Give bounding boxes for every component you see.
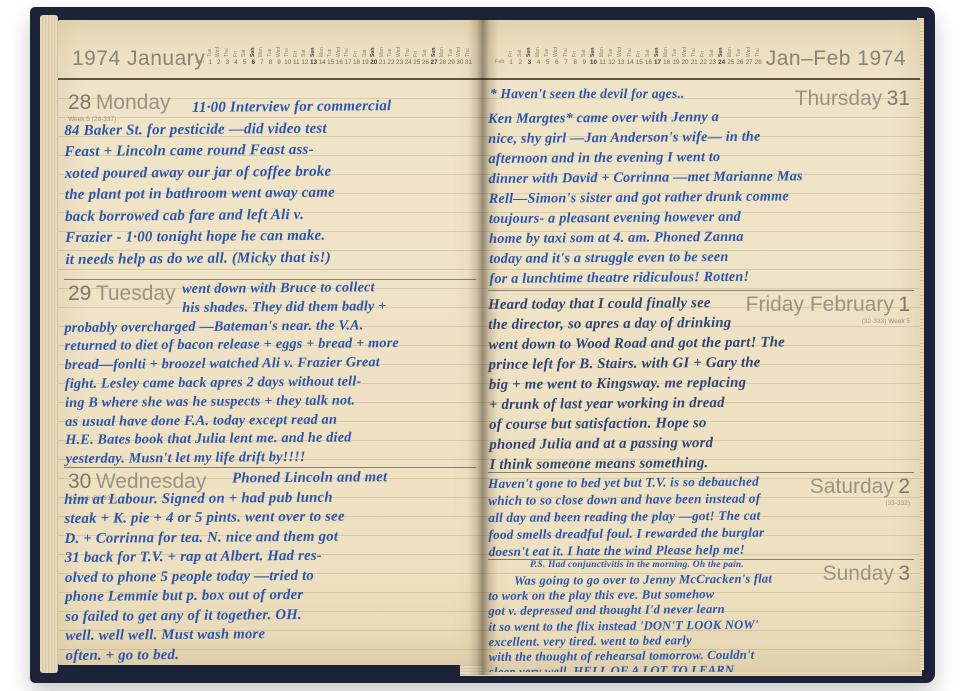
- calendar-day-number: 2: [518, 59, 522, 66]
- calendar-day-number: 19: [362, 59, 369, 66]
- calendar-day-number: 8: [573, 59, 577, 66]
- calendar-day-number: 22: [387, 59, 394, 66]
- calendar-day-number: 5: [243, 59, 247, 66]
- calendar-weekday-label: Wed: [747, 42, 752, 57]
- handwriting-block: Ken Margtes* came over with Jenny anice,…: [488, 105, 916, 289]
- calendar-day-number: 19: [672, 59, 679, 66]
- calendar-weekday-label: Mon: [536, 42, 541, 57]
- calendar-weekday-label: Tue: [268, 42, 273, 57]
- handwriting-line: often. + go to bed.: [66, 643, 478, 665]
- calendar-day-number: 14: [319, 59, 326, 66]
- calendar-day-number: 20: [681, 59, 688, 66]
- calendar-weekday-label: Sun: [251, 42, 256, 57]
- diary-entry-monday-28: 28 MondayWeek 5 (28-337)11·00 Interview …: [64, 89, 476, 279]
- calendar-day: Wed30: [456, 42, 465, 66]
- calendar-day-number: 12: [608, 59, 615, 66]
- calendar-weekday-label: Tue: [545, 42, 550, 57]
- calendar-weekday-label: Wed: [683, 42, 688, 57]
- calendar-weekday-label: Thu: [345, 42, 350, 57]
- calendar-day: Fri4: [232, 42, 241, 66]
- calendar-weekday-label: Thu: [406, 42, 411, 57]
- calendar-day-number: 28: [755, 59, 762, 66]
- calendar-day-number: 15: [327, 59, 334, 66]
- calendar-day: Fri25: [413, 42, 422, 66]
- calendar-weekday-label: Tue: [673, 42, 678, 57]
- calendar-weekday-label: Fri: [509, 42, 514, 57]
- calendar-weekday-label: Sun: [311, 42, 316, 57]
- calendar-weekday-label: Mon: [380, 42, 385, 57]
- calendar-day: Wed20: [680, 42, 689, 66]
- calendar-day-number: 21: [691, 59, 698, 66]
- calendar-weekday-label: Tue: [609, 42, 614, 57]
- calendar-month-label: Feb: [495, 59, 506, 66]
- calendar-day-number: 28: [439, 59, 446, 66]
- right-page: Jan–Feb 1974 FebFri1Sat2Sun3Mon4Tue5Wed6…: [482, 20, 920, 672]
- calendar-weekday-label: Mon: [259, 42, 264, 57]
- calendar-weekday-label: Tue: [388, 42, 393, 57]
- handwriting-note: * Haven't seen the devil for ages..: [490, 86, 684, 102]
- calendar-day: Fri15: [635, 42, 644, 66]
- handwriting-block: Heard today that I could finally seethe …: [488, 291, 916, 475]
- calendar-day: Thu10: [283, 42, 292, 66]
- calendar-day: Thu28: [754, 42, 763, 66]
- calendar-day-number: 3: [226, 59, 230, 66]
- calendar-day-number: 7: [260, 59, 264, 66]
- left-month-title: 1974 January: [72, 47, 205, 71]
- calendar-day: Thu31: [464, 42, 473, 66]
- calendar-day-number: 23: [396, 59, 403, 66]
- calendar-day: Mon28: [438, 42, 447, 66]
- calendar-day-number: 26: [422, 59, 429, 66]
- calendar-weekday-label: Mon: [600, 42, 605, 57]
- calendar-day-number: 2: [217, 59, 221, 66]
- calendar-day: Thu24: [404, 42, 413, 66]
- calendar-day-number: 21: [379, 59, 386, 66]
- calendar-day-number: 9: [277, 59, 281, 66]
- calendar-day-number: 24: [718, 59, 725, 66]
- calendar-day-number: 6: [555, 59, 559, 66]
- calendar-weekday-label: Fri: [637, 42, 642, 57]
- calendar-day-number: 27: [430, 59, 437, 66]
- calendar-day-number: 24: [405, 59, 412, 66]
- calendar-day-number: 4: [234, 59, 238, 66]
- calendar-day-number: 31: [465, 59, 472, 66]
- calendar-day: Mon21: [378, 42, 387, 66]
- diary-entry-tuesday-29: 29 Tuesdaywent down with Bruce to collec…: [64, 279, 476, 468]
- calendar-day: Wed16: [335, 42, 344, 66]
- calendar-day: Mon14: [318, 42, 327, 66]
- calendar-weekday-label: Mon: [320, 42, 325, 57]
- calendar-day: Tue26: [735, 42, 744, 66]
- calendar-day: Sat19: [361, 42, 370, 66]
- calendar-weekday-label: Thu: [756, 42, 761, 57]
- calendar-day: Mon7: [258, 42, 267, 66]
- calendar-day-number: 10: [284, 59, 291, 66]
- calendar-weekday-label: Sat: [582, 42, 587, 57]
- calendar-weekday-label: Sun: [655, 42, 660, 57]
- calendar-day-number: 10: [590, 59, 597, 66]
- calendar-day: Sat2: [516, 42, 525, 66]
- calendar-weekday-label: Fri: [294, 42, 299, 57]
- calendar-weekday-label: Thu: [466, 42, 471, 57]
- calendar-day-number: 30: [456, 59, 463, 66]
- calendar-day: Sat12: [301, 42, 310, 66]
- calendar-weekday-label: Thu: [564, 42, 569, 57]
- calendar-day: Mon25: [726, 42, 735, 66]
- calendar-weekday-label: Mon: [664, 42, 669, 57]
- right-page-header: Jan–Feb 1974 FebFri1Sat2Sun3Mon4Tue5Wed6…: [482, 20, 920, 78]
- calendar-day: Tue15: [326, 42, 335, 66]
- calendar-day: Fri11: [292, 42, 301, 66]
- calendar-day: Sun17: [653, 42, 662, 66]
- calendar-day: Thu21: [690, 42, 699, 66]
- calendar-day: Sun20: [369, 42, 378, 66]
- calendar-day: Tue29: [447, 42, 456, 66]
- calendar-weekday-label: Fri: [234, 42, 239, 57]
- calendar-day-number: 9: [583, 59, 587, 66]
- handwriting-line: yesterday. Musn't let my life drift by!!…: [65, 447, 477, 469]
- handwriting-block: Phoned Lincoln and methim at Labour. Sig…: [64, 467, 478, 665]
- calendar-day: Mon18: [662, 42, 671, 66]
- calendar-weekday-label: Tue: [208, 42, 213, 57]
- january-calendar-strip: JanTue1Wed2Thu3Fri4Sat5Sun6Mon7Tue8Wed9T…: [195, 42, 473, 66]
- calendar-day-number: 3: [528, 59, 532, 66]
- calendar-weekday-label: Sun: [591, 42, 596, 57]
- calendar-day-number: 26: [736, 59, 743, 66]
- calendar-weekday-label: Wed: [216, 42, 221, 57]
- february-calendar-strip: FebFri1Sat2Sun3Mon4Tue5Wed6Thu7Fri8Sat9S…: [495, 42, 763, 66]
- calendar-day: Mon11: [598, 42, 607, 66]
- diary-photo: 1974 January JanTue1Wed2Thu3Fri4Sat5Sun6…: [0, 0, 960, 691]
- calendar-weekday-label: Sat: [423, 42, 428, 57]
- calendar-weekday-label: Fri: [701, 42, 706, 57]
- diary-book: 1974 January JanTue1Wed2Thu3Fri4Sat5Sun6…: [30, 7, 935, 683]
- calendar-weekday-label: Sun: [527, 42, 532, 57]
- calendar-weekday-label: Sun: [719, 42, 724, 57]
- calendar-day-number: 25: [413, 59, 420, 66]
- calendar-day-number: 17: [654, 59, 661, 66]
- calendar-day-number: 13: [617, 59, 624, 66]
- calendar-day: Sun3: [525, 42, 534, 66]
- calendar-day-number: 7: [564, 59, 568, 66]
- handwriting-block: 11·00 Interview for commercial84 Baker S…: [64, 95, 477, 271]
- calendar-weekday-label: Wed: [554, 42, 559, 57]
- calendar-weekday-label: Thu: [628, 42, 633, 57]
- calendar-weekday-label: Mon: [728, 42, 733, 57]
- calendar-day: Mon4: [534, 42, 543, 66]
- calendar-day: Tue8: [266, 42, 275, 66]
- calendar-day: Tue22: [387, 42, 396, 66]
- calendar-weekday-label: Sun: [371, 42, 376, 57]
- calendar-day: Sat16: [644, 42, 653, 66]
- calendar-day-number: 20: [370, 59, 377, 66]
- diary-entry-saturday-2: Saturday 2(33-332)Haven't gone to bed ye…: [488, 472, 914, 560]
- handwriting-line: it needs help as do we all. (Micky that …: [65, 246, 477, 271]
- diary-entry-thursday-31: Thursday 31* Haven't seen the devil for …: [488, 85, 914, 290]
- right-month-title: Jan–Feb 1974: [766, 47, 906, 71]
- calendar-day-number: 11: [599, 59, 606, 66]
- calendar-day: Wed23: [395, 42, 404, 66]
- calendar-weekday-label: Tue: [449, 42, 454, 57]
- calendar-day: Sun10: [589, 42, 598, 66]
- calendar-day-number: 6: [251, 59, 255, 66]
- calendar-day: Tue1: [206, 42, 215, 66]
- calendar-day-number: 8: [269, 59, 273, 66]
- page-edges-left: [40, 15, 58, 673]
- calendar-day-number: 18: [353, 59, 360, 66]
- calendar-day-number: 4: [537, 59, 541, 66]
- calendar-day: Wed2: [214, 42, 223, 66]
- calendar-weekday-label: Wed: [277, 42, 282, 57]
- calendar-day: Tue5: [543, 42, 552, 66]
- calendar-day: Sat9: [580, 42, 589, 66]
- handwriting-block: Haven't gone to bed yet but T.V. is so d…: [488, 471, 915, 560]
- calendar-day: Fri8: [571, 42, 580, 66]
- calendar-day-number: 11: [293, 59, 300, 66]
- calendar-day: Sat23: [708, 42, 717, 66]
- calendar-day: Thu17: [344, 42, 353, 66]
- calendar-weekday-label: Wed: [337, 42, 342, 57]
- handwriting-line: for a lunchtime theatre ridiculous! Rott…: [489, 265, 915, 289]
- calendar-weekday-label: Wed: [457, 42, 462, 57]
- calendar-day: Wed27: [745, 42, 754, 66]
- calendar-weekday-label: Sat: [518, 42, 523, 57]
- calendar-day-number: 1: [509, 59, 513, 66]
- calendar-weekday-label: Fri: [414, 42, 419, 57]
- calendar-weekday-label: Sat: [242, 42, 247, 57]
- calendar-weekday-label: Wed: [618, 42, 623, 57]
- calendar-day: Wed6: [552, 42, 561, 66]
- calendar-day-number: 14: [627, 59, 634, 66]
- calendar-day-number: 15: [636, 59, 643, 66]
- calendar-day-number: 22: [700, 59, 707, 66]
- calendar-day: Thu3: [223, 42, 232, 66]
- calendar-day: Sun6: [249, 42, 258, 66]
- calendar-day-number: 29: [448, 59, 455, 66]
- calendar-day: Fri22: [699, 42, 708, 66]
- calendar-weekday-label: Thu: [225, 42, 230, 57]
- calendar-day-number: 16: [645, 59, 652, 66]
- calendar-weekday-label: Sat: [302, 42, 307, 57]
- calendar-day-number: 16: [336, 59, 343, 66]
- calendar-day-number: 13: [310, 59, 317, 66]
- calendar-day: Wed13: [616, 42, 625, 66]
- calendar-day: Thu14: [626, 42, 635, 66]
- calendar-day-number: 27: [746, 59, 753, 66]
- handwriting-line: doesn't eat it. I hate the wind Please h…: [489, 539, 915, 560]
- calendar-day-number: 17: [344, 59, 351, 66]
- calendar-weekday-label: Thu: [692, 42, 697, 57]
- calendar-day: Sat26: [421, 42, 430, 66]
- calendar-weekday-label: Mon: [440, 42, 445, 57]
- calendar-weekday-label: Fri: [573, 42, 578, 57]
- calendar-weekday-label: Wed: [397, 42, 402, 57]
- calendar-weekday-label: Tue: [737, 42, 742, 57]
- calendar-month-label: Jan: [195, 59, 206, 66]
- diary-entry-friday-1: Friday February 1(32-333) Week 5Heard to…: [488, 290, 914, 473]
- calendar-day: Fri18: [352, 42, 361, 66]
- calendar-weekday-label: Thu: [285, 42, 290, 57]
- calendar-day: Wed9: [275, 42, 284, 66]
- calendar-day-number: 12: [301, 59, 308, 66]
- calendar-day-number: 18: [663, 59, 670, 66]
- calendar-day-number: 5: [546, 59, 550, 66]
- handwriting-postscript: P.S. Had conjunctivitis in the morning. …: [530, 560, 914, 571]
- handwriting-block: went down with Bruce to collecthis shade…: [64, 277, 478, 469]
- handwriting-block: Was going to go over to Jenny McCracken'…: [488, 570, 915, 672]
- calendar-day: Tue12: [607, 42, 616, 66]
- calendar-day: Tue19: [671, 42, 680, 66]
- calendar-weekday-label: Tue: [328, 42, 333, 57]
- diary-entry-sunday-3: Sunday 3Was going to go over to Jenny Mc…: [488, 559, 914, 666]
- diary-entry-wednesday-30: 30 WednesdayWeek 6 (30-335)Phoned Lincol…: [64, 467, 476, 660]
- calendar-weekday-label: Sat: [646, 42, 651, 57]
- left-page: 1974 January JanTue1Wed2Thu3Fri4Sat5Sun6…: [58, 20, 482, 665]
- calendar-day: Sat5: [240, 42, 249, 66]
- calendar-day-number: 25: [727, 59, 734, 66]
- calendar-day: Thu7: [561, 42, 570, 66]
- calendar-weekday-label: Sun: [432, 42, 437, 57]
- calendar-day: Fri1: [506, 42, 515, 66]
- calendar-day: Sun24: [717, 42, 726, 66]
- calendar-day: Sun27: [430, 42, 439, 66]
- calendar-day-number: 1: [208, 59, 212, 66]
- left-page-header: 1974 January JanTue1Wed2Thu3Fri4Sat5Sun6…: [58, 20, 482, 78]
- calendar-day-number: 23: [709, 59, 716, 66]
- calendar-weekday-label: Sat: [363, 42, 368, 57]
- calendar-weekday-label: Fri: [354, 42, 359, 57]
- calendar-day: Sun13: [309, 42, 318, 66]
- calendar-weekday-label: Sat: [710, 42, 715, 57]
